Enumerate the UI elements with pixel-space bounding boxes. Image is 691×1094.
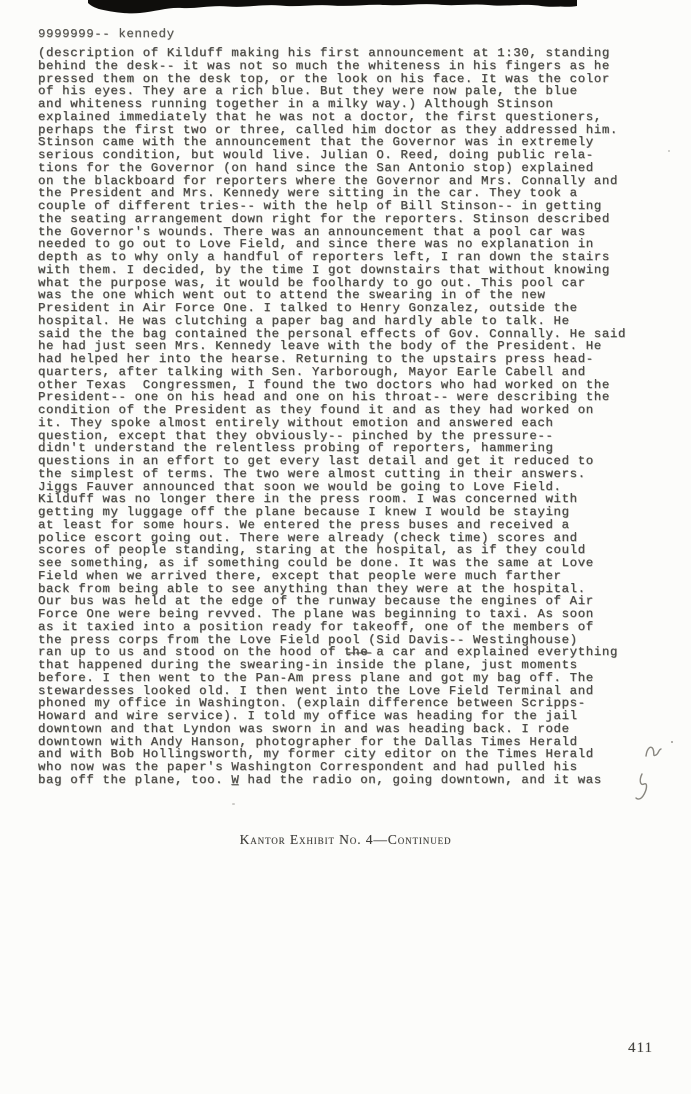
text-line: tions for the Governor (on hand since th… [38, 162, 658, 175]
exhibit-caption: Kantor Exhibit No. 4—Continued [0, 832, 691, 848]
text-line: quarters, after talking with Sen. Yarbor… [38, 366, 658, 379]
text-line: explained immediately that he was not a … [38, 111, 658, 124]
text-line: as it taxied into a position ready for t… [38, 621, 658, 634]
text-line: at least for some hours. We entered the … [38, 519, 658, 532]
text-line: serious condition, but would live. Julia… [38, 149, 658, 162]
text-line: President in Air Force One. I talked to … [38, 302, 658, 315]
text-line: Force One were being revved. The plane w… [38, 608, 658, 621]
typed-body-text: (description of Kilduff making his first… [38, 47, 658, 787]
text-line: downtown and that Lyndon was sworn in an… [38, 723, 658, 736]
text-line: Howard and wire service). I told my offi… [38, 710, 658, 723]
scan-speck [232, 803, 235, 805]
text-line: the seating arrangement down right for t… [38, 213, 658, 226]
text-line: it. They spoke almost entirely without e… [38, 417, 658, 430]
text-line: Field when we arrived there, except that… [38, 570, 658, 583]
text-line: behind the desk-- it was not so much the… [38, 60, 658, 73]
text-line: depth as to why only a handful of report… [38, 251, 658, 264]
text-line: bag off the plane, too. W̲ had the radio… [38, 774, 658, 787]
text-line: see something, as if something could be … [38, 557, 658, 570]
text-line: couple of different tries-- with the hel… [38, 200, 658, 213]
text-line: (description of Kilduff making his first… [38, 47, 658, 60]
text-line: that happened during the swearing-in ins… [38, 659, 658, 672]
scan-edge-artifact [0, 0, 691, 16]
text-line: who now was the paper's Washington Corre… [38, 761, 658, 774]
typed-slug-header: 9999999-- kennedy [38, 27, 175, 41]
text-line: getting my luggage off the plane because… [38, 506, 658, 519]
scan-speck [671, 741, 673, 743]
text-line: and whiteness running together in a milk… [38, 98, 658, 111]
scan-speck [668, 150, 670, 152]
text-line: hospital. He was clutching a paper bag a… [38, 315, 658, 328]
text-line: condition of the President as they found… [38, 404, 658, 417]
document-page: 9999999-- kennedy (description of Kilduf… [0, 0, 691, 1094]
text-line: had helped her into the hearse. Returnin… [38, 353, 658, 366]
text-line: the simplest of terms. The two were almo… [38, 468, 658, 481]
handwritten-pencil-mark [630, 740, 675, 802]
text-line: questions in an effort to get every last… [38, 455, 658, 468]
page-number: 411 [628, 1040, 653, 1057]
text-line: with them. I decided, by the time I got … [38, 264, 658, 277]
text-line: before. I then went to the Pan-Am press … [38, 672, 658, 685]
